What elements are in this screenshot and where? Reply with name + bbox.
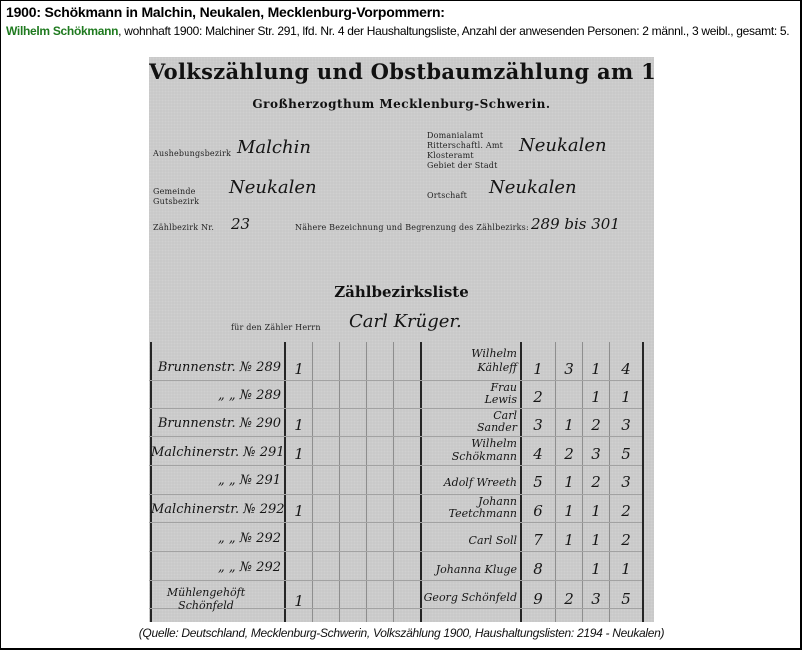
female-count-cell: 1 [583,360,609,378]
male-count-cell: 1 [556,531,582,549]
begrenzung-label: Nähere Bezeichnung und Begrenzung des Zä… [295,223,529,232]
total-count-cell: 4 [613,360,639,378]
row-divider [149,380,642,381]
row-divider [149,465,642,466]
person-last-name: Lewis [421,394,517,406]
row-divider [149,494,642,495]
zaehler-value: Carl Krüger. [349,311,462,332]
person-last-name: Sander [421,422,517,434]
address-cell: Brunnenstr. № 290 [151,416,281,431]
person-name-link[interactable]: Wilhelm Schökmann [6,24,118,38]
female-count-cell: 1 [583,502,609,520]
person-last-name: Georg Schönfeld [421,592,517,604]
list-number-cell: 6 [525,502,551,520]
zaehlbezirk-value: 23 [231,215,250,233]
record-description: Wilhelm Schökmann, wohnhaft 1900: Malchi… [6,23,796,39]
address-cell: Malchinerstr. № 291 [151,445,281,460]
male-count-cell: 2 [556,590,582,608]
gemeinde-value: Neukalen [229,177,317,198]
begrenzung-value: 289 bis 301 [531,215,620,233]
ortschaft-value: Neukalen [489,177,577,198]
count-cell: 1 [286,445,312,463]
zaehler-label: für den Zähler Herrn [231,323,321,332]
gutsbezirk-label: Gutsbezirk [153,197,199,206]
aushebungsbezirk-value: Malchin [237,137,311,158]
total-count-cell: 1 [613,560,639,578]
address-cell: „ „ № 292 [151,560,281,575]
total-count-cell: 3 [613,473,639,491]
address-cell: „ „ № 289 [151,388,281,403]
male-count-cell: 2 [556,445,582,463]
domanialamt-label-1: Domanialamt [427,131,483,140]
female-count-cell: 1 [583,560,609,578]
document-subtitle: Großherzogthum Mecklenburg-Schwerin. [149,97,654,111]
list-number-cell: 3 [525,416,551,434]
female-count-cell: 1 [583,388,609,406]
document-title: Volkszählung und Obstbaumzählung am 1. D… [149,59,654,84]
zaehlbezirk-label: Zählbezirk Nr. [153,223,214,232]
row-divider [149,551,642,552]
person-last-name: Teetchmann [421,508,517,520]
row-divider [149,408,642,409]
female-count-cell: 2 [583,416,609,434]
address-cell: „ „ № 292 [151,531,281,546]
domanialamt-label-2: Ritterschaftl. Amt [427,141,503,150]
aushebungsbezirk-label: Aushebungsbezirk [153,149,231,158]
total-count-cell: 5 [613,590,639,608]
address-cell: Mühlengehöft Schönfeld [151,586,261,612]
row-divider [149,580,642,581]
count-cell: 1 [286,360,312,378]
person-last-name: Johanna Kluge [421,564,517,576]
domanialamt-label-4: Gebiet der Stadt [427,161,498,170]
male-count-cell: 3 [556,360,582,378]
count-cell: 1 [286,502,312,520]
male-count-cell: 1 [556,416,582,434]
domanialamt-value: Neukalen [519,135,607,156]
total-count-cell: 2 [613,531,639,549]
person-last-name: Carl Soll [421,535,517,547]
row-divider [149,522,642,523]
address-cell: Malchinerstr. № 292 [151,502,281,517]
domanialamt-label-3: Klosteramt [427,151,474,160]
female-count-cell: 3 [583,590,609,608]
source-caption: (Quelle: Deutschland, Mecklenburg-Schwer… [0,626,803,640]
count-cell: 1 [286,416,312,434]
male-count-cell: 1 [556,473,582,491]
total-count-cell: 5 [613,445,639,463]
ortschaft-label: Ortschaft [427,191,467,200]
person-last-name: Adolf Wreeth [421,477,517,489]
list-number-cell: 7 [525,531,551,549]
list-number-cell: 9 [525,590,551,608]
total-count-cell: 3 [613,416,639,434]
record-details: , wohnhaft 1900: Malchiner Str. 291, lfd… [118,24,789,38]
female-count-cell: 2 [583,473,609,491]
address-cell: „ „ № 291 [151,473,281,488]
person-last-name: Schökmann [421,451,517,463]
list-number-cell: 5 [525,473,551,491]
list-number-cell: 8 [525,560,551,578]
list-number-cell: 4 [525,445,551,463]
person-last-name: Kähleff [421,362,517,374]
person-first-name: Wilhelm [421,438,517,450]
list-title: Zählbezirksliste [149,283,654,301]
table-border-right [642,342,644,622]
total-count-cell: 2 [613,502,639,520]
person-first-name: Wilhelm [421,348,517,360]
male-count-cell: 1 [556,502,582,520]
list-number-cell: 1 [525,360,551,378]
list-number-cell: 2 [525,388,551,406]
census-document-image: Volkszählung und Obstbaumzählung am 1. D… [149,57,654,622]
female-count-cell: 3 [583,445,609,463]
row-divider [149,436,642,437]
address-cell: Brunnenstr. № 289 [151,360,281,375]
total-count-cell: 1 [613,388,639,406]
female-count-cell: 1 [583,531,609,549]
page-title: 1900: Schökmann in Malchin, Neukalen, Me… [6,4,445,20]
count-cell: 1 [286,592,312,610]
household-table: Brunnenstr. № 289 1 Wilhelm Kähleff 1 3 … [149,342,654,622]
gemeinde-label: Gemeinde [153,187,196,196]
